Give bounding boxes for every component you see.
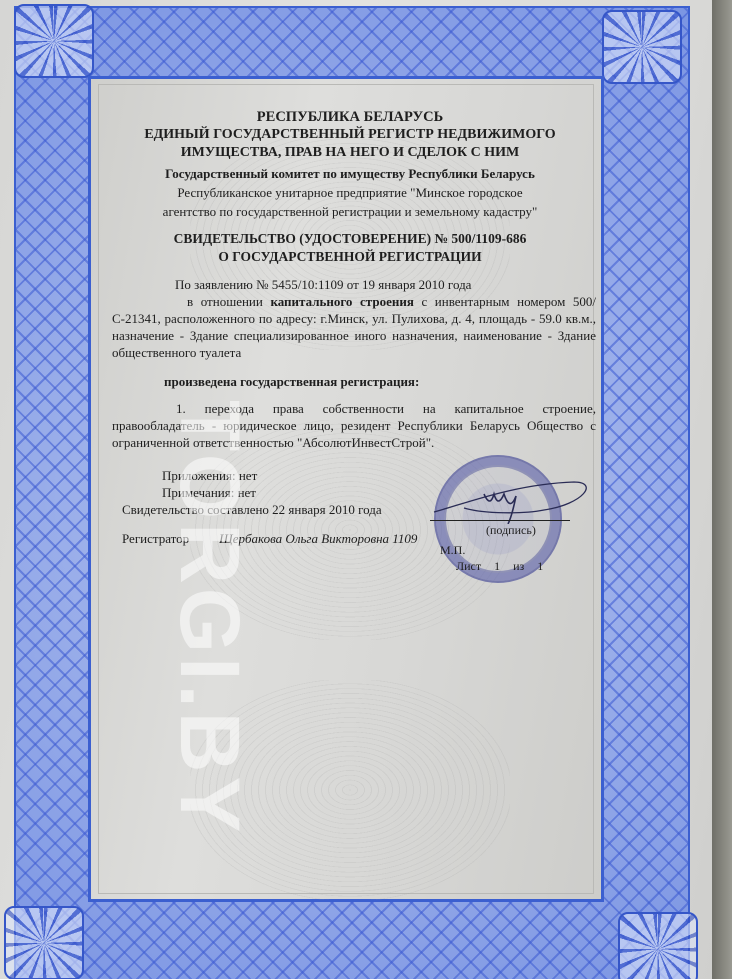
header-country: РЕСПУБЛИКА БЕЛАРУСЬ — [100, 108, 600, 126]
sheet-number: Лист 1 из 1 — [456, 559, 543, 574]
application-reference: По заявлению № 5455/10:1109 от 19 января… — [100, 276, 600, 293]
seal-label: М.П. — [440, 543, 465, 558]
header-register-line1: ЕДИНЫЙ ГОСУДАРСТВЕННЫЙ РЕГИСТР НЕДВИЖИМО… — [100, 126, 600, 144]
corner-ornament-top-right — [602, 10, 682, 84]
corner-ornament-top-left — [14, 4, 94, 78]
relation-object: капитального строения — [270, 294, 413, 309]
certificate-sheet: РЕСПУБЛИКА БЕЛАРУСЬ ЕДИНЫЙ ГОСУДАРСТВЕНН… — [0, 0, 712, 979]
signature-line — [430, 520, 570, 521]
agency-line1: Республиканское унитарное предприятие "М… — [100, 184, 600, 201]
signature — [424, 474, 594, 524]
certificate-title-line2: О ГОСУДАРСТВЕННОЙ РЕГИСТРАЦИИ — [100, 248, 600, 266]
committee-name: Государственный комитет по имуществу Рес… — [100, 166, 600, 182]
background-surface — [712, 0, 732, 979]
property-description: в отношении капитального строения с инве… — [100, 293, 600, 361]
signature-caption: (подпись) — [486, 523, 536, 538]
certificate-title-line1: СВИДЕТЕЛЬСТВО (УДОСТОВЕРЕНИЕ) № 500/1109… — [100, 230, 600, 248]
header-register-line2: ИМУЩЕСТВА, ПРАВ НА НЕГО И СДЕЛОК С НИМ — [100, 144, 600, 162]
corner-ornament-bottom-left — [4, 906, 84, 979]
registration-done-heading: произведена государственная регистрация: — [100, 373, 600, 390]
agency-line2: агентство по государственной регистрации… — [100, 203, 600, 220]
corner-ornament-bottom-right — [618, 912, 698, 979]
watermark: TORGI.BY — [161, 400, 258, 837]
relation-prefix: в отношении — [187, 294, 270, 309]
